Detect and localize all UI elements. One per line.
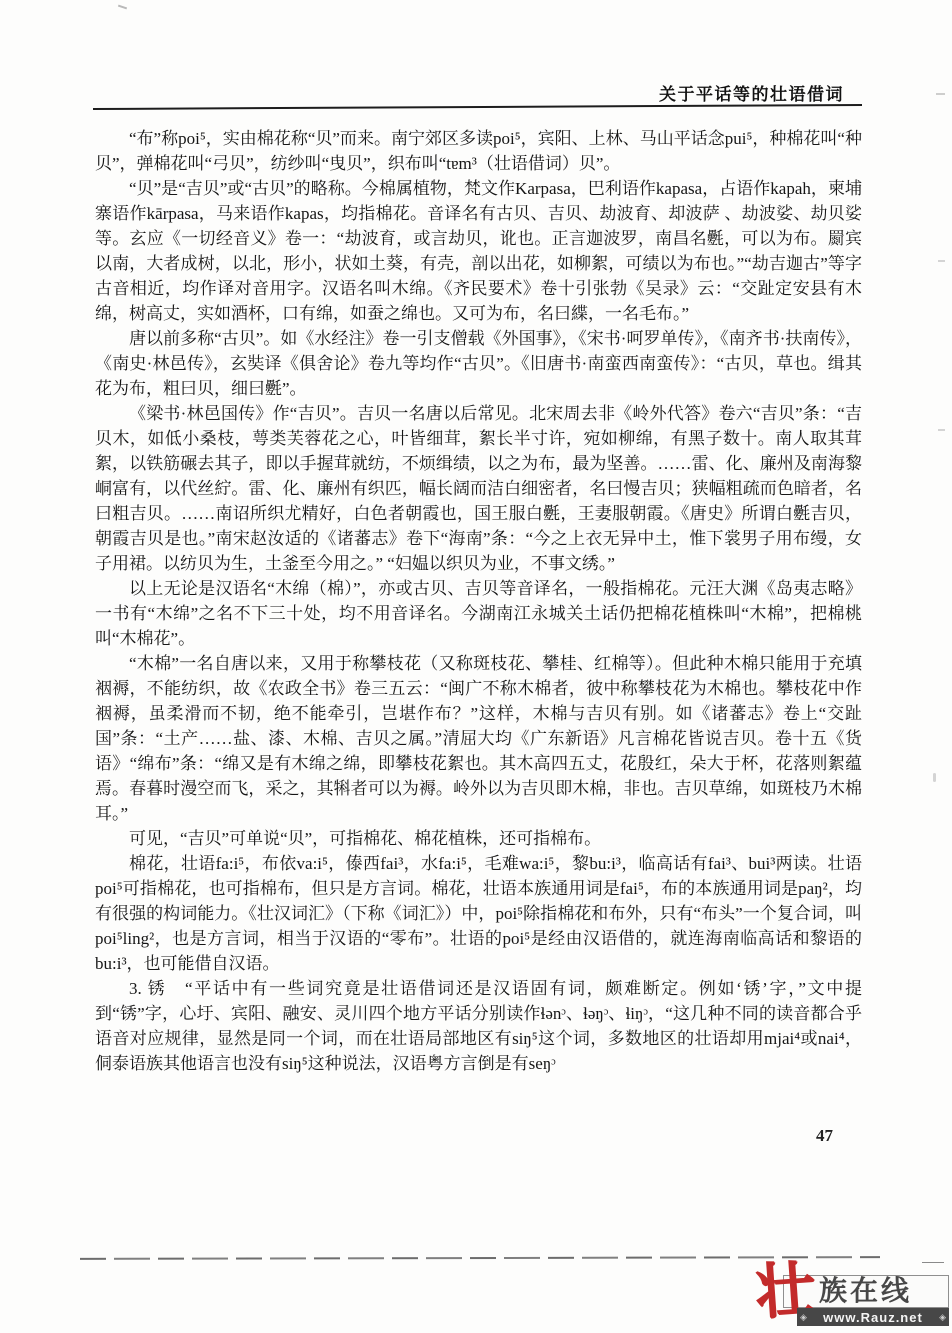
paragraph-xiu-rust: 3. 锈 “平话中有一些词究竟是壮语借词还是汉语固有词，颇难断定。例如‘锈’字，… [95,976,862,1076]
bottom-scan-rule-fragment [922,1262,944,1263]
paragraph-bu-poi: “布”称poi⁵，实由棉花称“贝”而来。南宁郊区多读poi⁵，宾阳、上林、马山平… [95,126,862,176]
paragraph-summary-jibei: 可见，“吉贝”可单说“贝”，可指棉花、棉花植株，还可指棉布。 [95,826,862,851]
page-number: 47 [816,1126,833,1146]
paragraph-cotton-comparative: 棉花，壮语fa:i⁵，布依va:i⁵，傣西fai³，水fa:i⁵，毛难wa:i⁵… [95,851,862,976]
site-watermark-logo: 族在线 壮 ◈ www.Rauz.net ◈ [757,1266,950,1328]
header-divider [93,104,862,110]
paragraph-bei-etymology: “贝”是“吉贝”或“古贝”的略称。今棉属植物，梵文作Karpasa，巴利语作ka… [95,176,862,326]
paragraph-gubei-pre-tang: 唐以前多称“古贝”。如《水经注》卷一引支僧载《外国事》，《宋书·呵罗单传》，《南… [95,326,862,401]
scanned-document-page: 关于平话等的壮语借词 “布”称poi⁵，实由棉花称“贝”而来。南宁郊区多读poi… [0,0,952,1333]
diamond-left-icon: ◈ [800,1313,807,1322]
watermark-url-bar: ◈ www.Rauz.net ◈ [797,1308,949,1326]
paragraph-kapok-distinction: “木棉”一名自唐以来，又用于称攀枝花（又称斑枝花、攀桂、红棉等）。但此种木棉只能… [95,651,862,826]
scan-speck [938,429,945,431]
diamond-right-icon: ◈ [939,1313,946,1322]
paragraph-mumian-names: 以上无论是汉语名“木绵（棉）”，亦或古贝、吉贝等音译名，一般指棉花。元汪大渊《岛… [95,576,862,651]
scan-speck [936,93,945,95]
scan-speck [938,260,945,262]
scan-speck [118,5,127,10]
running-header-title: 关于平话等的壮语借词 [659,80,844,105]
watermark-site-name: 族在线 [819,1276,912,1307]
body-text: “布”称poi⁵，实由棉花称“贝”而来。南宁郊区多读poi⁵，宾阳、上林、马山平… [95,126,862,1076]
watermark-url: www.Rauz.net [823,1310,923,1325]
scan-speck [933,773,936,782]
paragraph-jibei-citations: 《梁书·林邑国传》作“吉贝”。吉贝一名唐以后常见。北宋周去非《岭外代答》卷六“吉… [95,401,862,576]
